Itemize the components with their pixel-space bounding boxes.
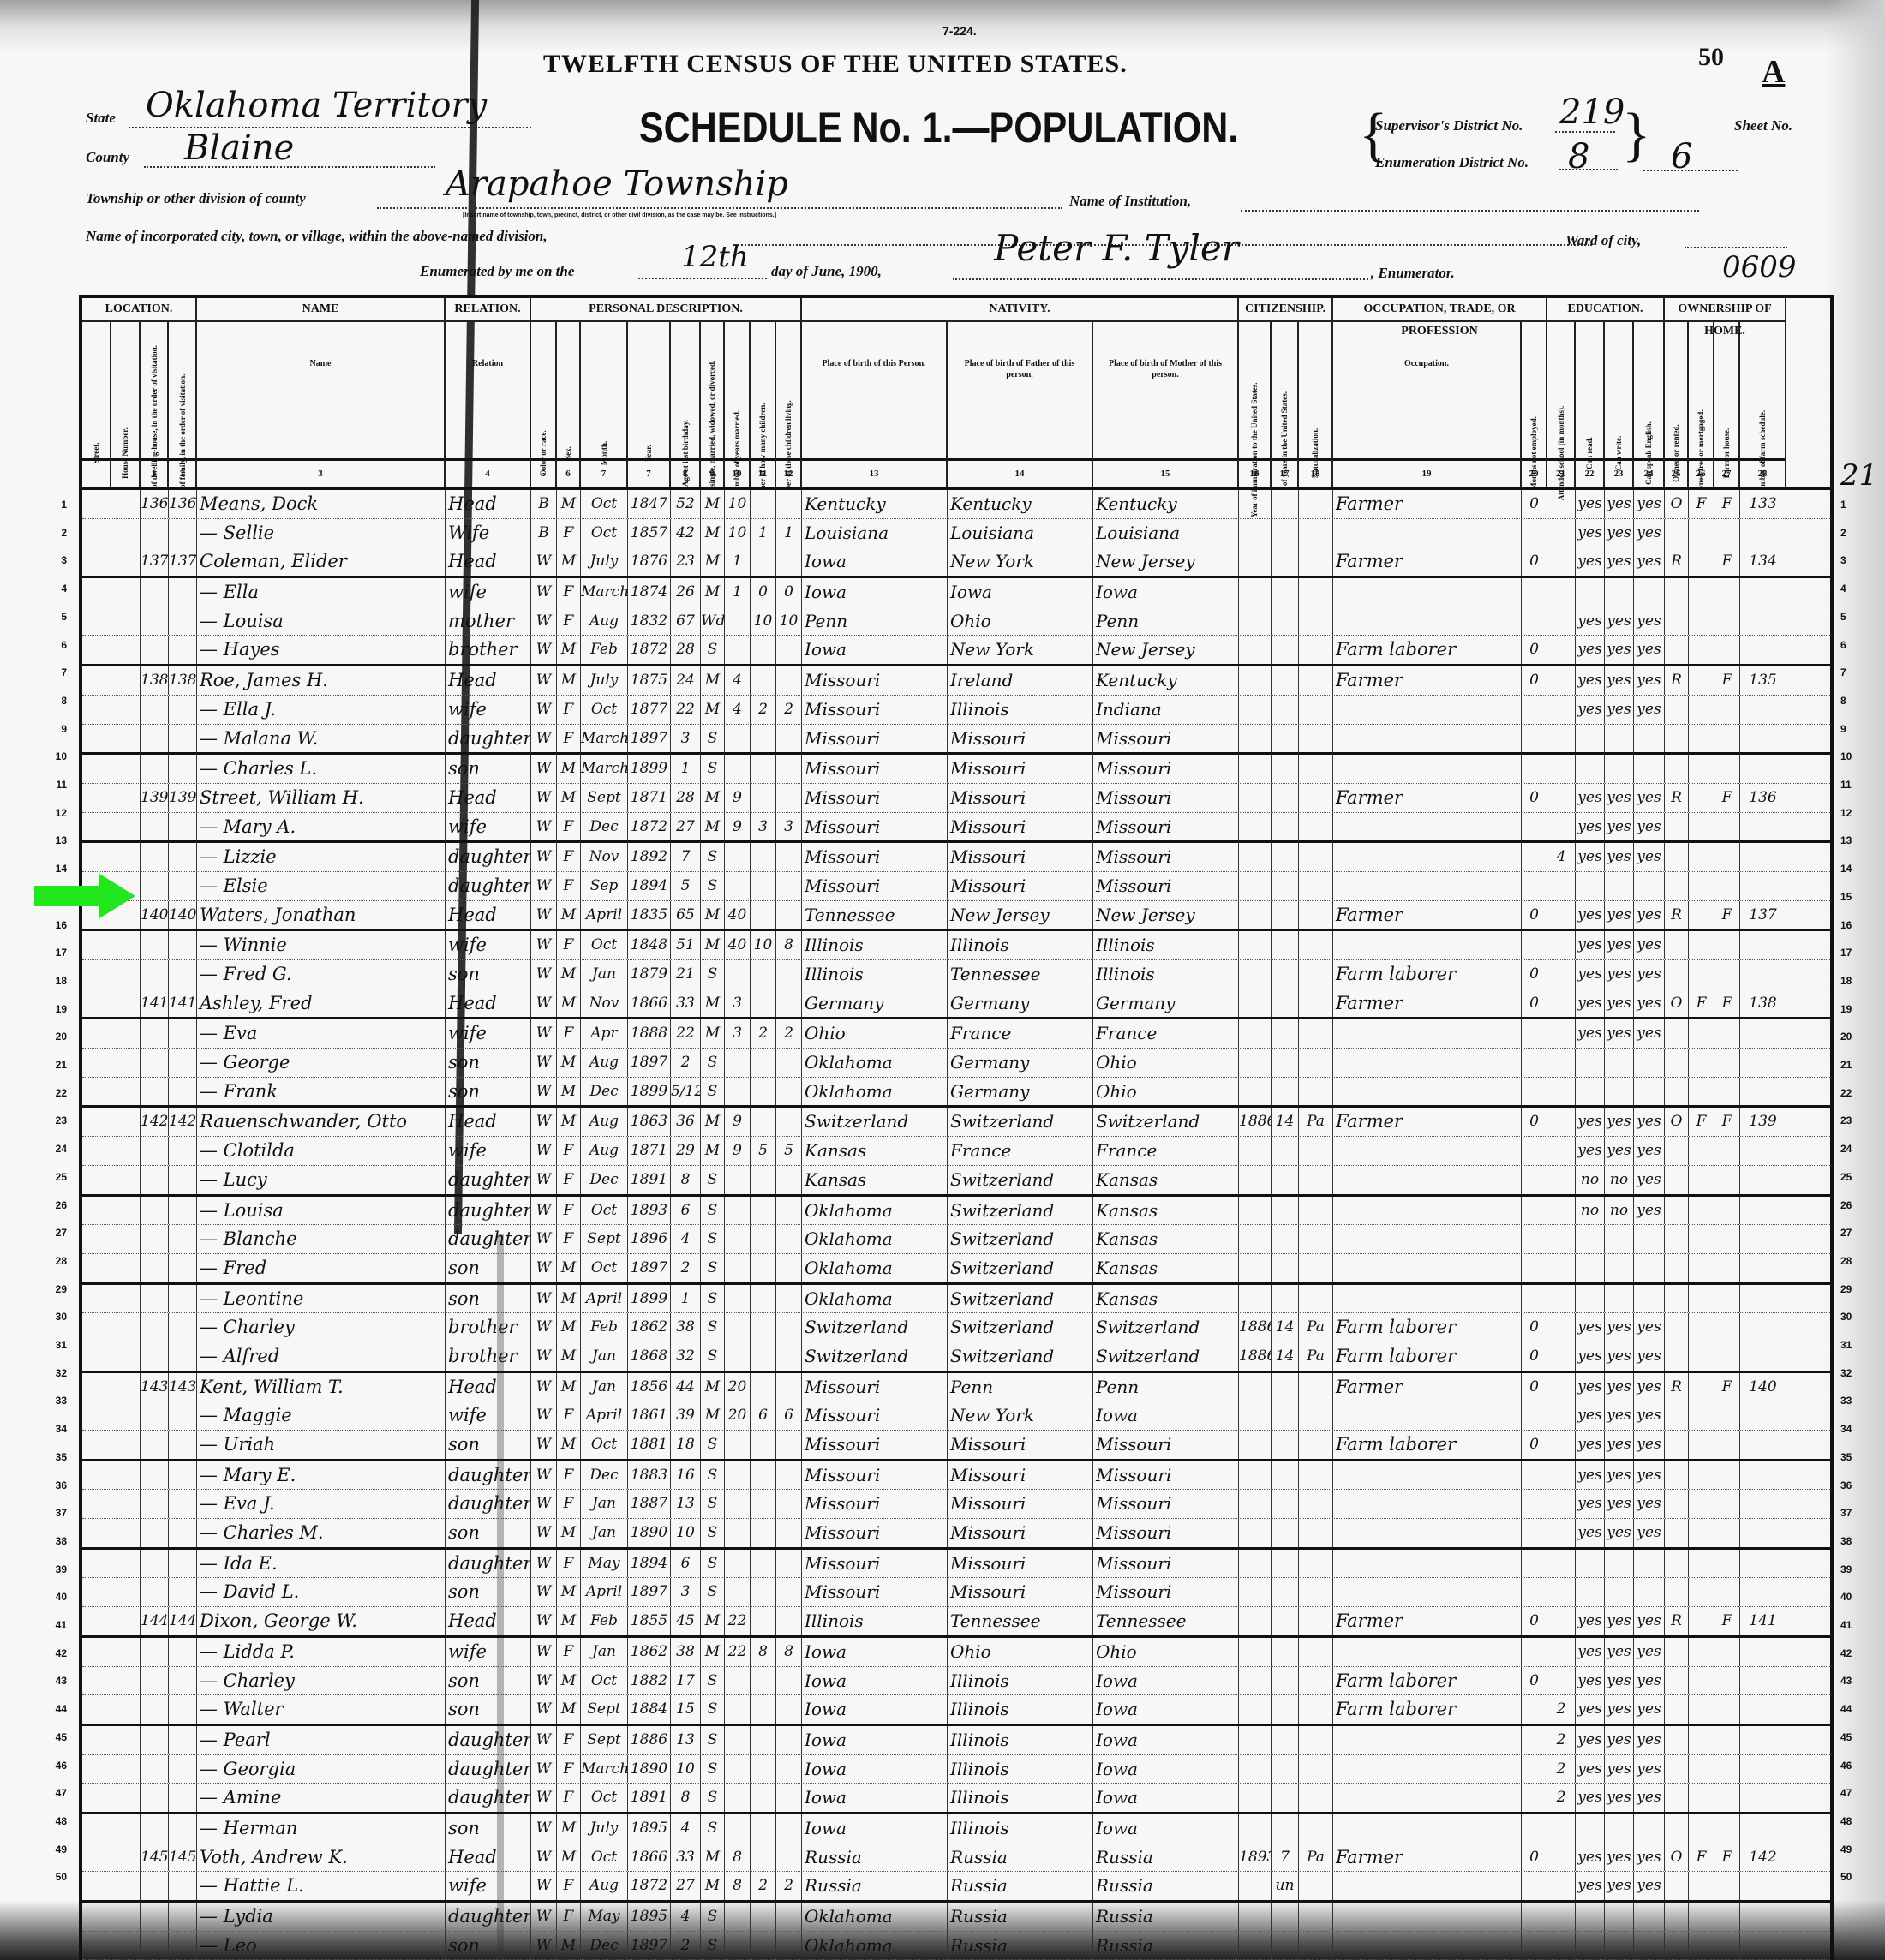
cell-own	[1665, 843, 1689, 871]
cell-ym	[725, 1313, 751, 1342]
cell-name: — Clotilda	[197, 1137, 446, 1165]
cell-rd: yes	[1576, 607, 1605, 636]
cell-empty	[111, 1932, 141, 1960]
cell-en: yes	[1634, 636, 1665, 664]
cell-yr: 1897	[628, 1049, 671, 1077]
cell-yus: 7	[1272, 1843, 1299, 1872]
cell-sex: F	[557, 607, 581, 636]
cell-rel: son	[446, 1254, 531, 1282]
cell-yr: 1893	[628, 1197, 671, 1225]
cell-fam	[169, 1313, 197, 1342]
cell-nat	[1299, 1550, 1333, 1578]
column-number: 24	[1634, 458, 1663, 487]
cell-yr: 1872	[628, 813, 671, 841]
table-row: — HermansonWMJuly18954SIowaIllinoisIowa	[82, 1814, 1830, 1843]
cell-rel: daughter	[446, 1784, 531, 1812]
cell-yr: 1866	[628, 1843, 671, 1872]
cell-empty	[82, 519, 111, 547]
cell-pb: Louisiana	[802, 519, 948, 547]
cell-mon: Oct	[581, 1784, 628, 1812]
cell-fs	[1740, 696, 1786, 724]
cell-own	[1665, 1049, 1689, 1077]
cell-rel: son	[446, 1431, 531, 1459]
cell-yr: 1877	[628, 696, 671, 724]
cell-rel: wife	[446, 1638, 531, 1666]
cell-cl	[776, 490, 802, 518]
cell-name: Ashley, Fred	[197, 989, 446, 1018]
cell-own	[1665, 1784, 1689, 1812]
column-label: Place of birth of Mother of this person.	[1097, 358, 1234, 380]
cell-rel: son	[446, 1932, 531, 1960]
cell-sch	[1547, 1667, 1576, 1695]
row-number: 17	[41, 947, 67, 959]
column-number: 2	[169, 458, 195, 487]
cell-fb: Kentucky	[948, 490, 1093, 518]
cell-en: yes	[1634, 843, 1665, 871]
cell-name: — Fred	[197, 1254, 446, 1282]
cell-fam	[169, 1695, 197, 1724]
cell-yus	[1272, 1695, 1299, 1724]
column-header-20: Months not employed.20	[1522, 298, 1547, 487]
row-number: 9	[1840, 723, 1866, 735]
cell-fb: Missouri	[948, 872, 1093, 900]
cell-mb: Missouri	[1093, 1461, 1239, 1490]
cell-sex: M	[557, 784, 581, 812]
cell-mort	[1689, 1695, 1714, 1724]
cell-en: yes	[1634, 1342, 1665, 1371]
cell-imm	[1239, 1490, 1272, 1518]
row-number: 25	[41, 1171, 67, 1183]
cell-fh	[1714, 1519, 1740, 1547]
cell-fb: Ohio	[948, 1638, 1093, 1666]
cell-ms: S	[701, 755, 725, 783]
cell-fam	[169, 1225, 197, 1253]
column-header-3: NAMEName3	[197, 298, 446, 487]
cell-cl	[776, 1166, 802, 1194]
cell-name: — Elsie	[197, 872, 446, 900]
cell-imm	[1239, 1814, 1272, 1843]
cell-name: Street, William H.	[197, 784, 446, 812]
cell-mc	[751, 1755, 776, 1784]
cell-own	[1665, 1667, 1689, 1695]
row-number: 42	[41, 1647, 67, 1659]
cell-mb: Iowa	[1093, 1667, 1239, 1695]
cell-mb: Kansas	[1093, 1197, 1239, 1225]
cell-sch	[1547, 607, 1576, 636]
cell-nat	[1299, 931, 1333, 959]
row-number: 26	[1840, 1199, 1866, 1211]
cell-name: — Winnie	[197, 931, 446, 959]
row-number: 37	[41, 1507, 67, 1519]
cell-pb: Missouri	[802, 872, 948, 900]
cell-name: — Hattie L.	[197, 1872, 446, 1900]
cell-cl	[776, 1550, 802, 1578]
cell-empty	[111, 931, 141, 959]
column-header-8: Age at last birthday.8	[671, 298, 701, 487]
cell-rel: daughter	[446, 1550, 531, 1578]
cell-yus	[1272, 696, 1299, 724]
column-label: Place of birth of Father of this person.	[951, 358, 1088, 380]
row-number: 15	[1840, 891, 1866, 903]
cell-fh: F	[1714, 1373, 1740, 1401]
cell-wr: yes	[1605, 931, 1634, 959]
cell-ms: M	[701, 1373, 725, 1401]
table-row: — BlanchedaughterWFSept18964SOklahomaSwi…	[82, 1225, 1830, 1254]
column-number	[82, 458, 110, 487]
cell-mon: Feb	[581, 636, 628, 664]
cell-mc	[751, 666, 776, 695]
cell-name: Waters, Jonathan	[197, 901, 446, 929]
cell-sch	[1547, 1607, 1576, 1635]
row-number: 27	[41, 1227, 67, 1239]
cell-age: 13	[671, 1490, 701, 1518]
cell-fb: Switzerland	[948, 1342, 1093, 1371]
cell-ym: 8	[725, 1843, 751, 1872]
cell-name: — Maggie	[197, 1401, 446, 1430]
cell-empty	[111, 813, 141, 841]
cell-fs	[1740, 1254, 1786, 1282]
cell-rd	[1576, 1254, 1605, 1282]
cell-fs	[1740, 1461, 1786, 1490]
cell-dw	[141, 1784, 169, 1812]
township-label: Township or other division of county	[86, 190, 306, 207]
cell-pb: Oklahoma	[802, 1225, 948, 1253]
cell-dw	[141, 1550, 169, 1578]
cell-mne: 0	[1522, 989, 1547, 1018]
cell-occ: Farm laborer	[1333, 1313, 1522, 1342]
cell-pb: Missouri	[802, 1373, 948, 1401]
cell-mb: Kansas	[1093, 1225, 1239, 1253]
cell-imm	[1239, 1755, 1272, 1784]
cell-fam	[169, 1166, 197, 1194]
cell-ms: S	[701, 1519, 725, 1547]
row-number: 9	[41, 723, 67, 735]
cell-mc: 10	[751, 607, 776, 636]
table-row: — LeosonWMDec18972SOklahomaRussiaRussia	[82, 1932, 1830, 1960]
cell-fs: 139	[1740, 1108, 1786, 1136]
cell-wr: no	[1605, 1166, 1634, 1194]
cell-cl	[776, 960, 802, 989]
cell-rel: daughter	[446, 1225, 531, 1253]
row-number: 41	[41, 1619, 67, 1631]
cell-mc: 10	[751, 931, 776, 959]
column-header-18: Naturalization.18	[1299, 298, 1333, 487]
cell-fam	[169, 1638, 197, 1666]
cell-rd: yes	[1576, 989, 1605, 1018]
cell-mort	[1689, 725, 1714, 753]
cell-fs	[1740, 1019, 1786, 1048]
cell-rel: daughter	[446, 1166, 531, 1194]
cell-fam	[169, 931, 197, 959]
cell-age: 29	[671, 1137, 701, 1165]
cell-fs	[1740, 725, 1786, 753]
cell-ym	[725, 1695, 751, 1724]
cell-mne	[1522, 1726, 1547, 1754]
cell-pb: Missouri	[802, 1550, 948, 1578]
cell-age: 10	[671, 1755, 701, 1784]
cell-mort	[1689, 1401, 1714, 1430]
column-group-personal: PERSONAL DESCRIPTION.	[531, 298, 800, 322]
table-row: — WaltersonWMSept188415SIowaIllinoisIowa…	[82, 1695, 1830, 1726]
column-header-6: Sex.6	[557, 298, 581, 487]
row-number: 23	[1840, 1114, 1866, 1126]
cell-race: B	[531, 519, 557, 547]
cell-rd: yes	[1576, 666, 1605, 695]
cell-dw	[141, 1490, 169, 1518]
cell-rel: son	[446, 1667, 531, 1695]
cell-fh	[1714, 1166, 1740, 1194]
row-number: 10	[41, 750, 67, 762]
cell-rel: son	[446, 960, 531, 989]
cell-en: yes	[1634, 1784, 1665, 1812]
cell-empty	[82, 1313, 111, 1342]
row-number: 22	[1840, 1087, 1866, 1099]
cell-mb: France	[1093, 1019, 1239, 1048]
column-header-loc0: LOCATION.Street.	[82, 298, 111, 487]
cell-pb: Russia	[802, 1843, 948, 1872]
cell-ym	[725, 636, 751, 664]
cell-sch	[1547, 1401, 1576, 1430]
cell-occ	[1333, 1285, 1522, 1313]
cell-rd: yes	[1576, 843, 1605, 871]
cell-fs	[1740, 1726, 1786, 1754]
cell-name: — Hayes	[197, 636, 446, 664]
cell-cl	[776, 1519, 802, 1547]
cell-fam	[169, 1461, 197, 1490]
cell-mb: Missouri	[1093, 725, 1239, 753]
cell-mc	[751, 1225, 776, 1253]
cell-wr	[1605, 725, 1634, 753]
cell-age: 13	[671, 1726, 701, 1754]
cell-yus	[1272, 636, 1299, 664]
cell-mon: Oct	[581, 1197, 628, 1225]
cell-sex: M	[557, 1254, 581, 1282]
cell-mb: Louisiana	[1093, 519, 1239, 547]
cell-pb: Oklahoma	[802, 1078, 948, 1106]
cell-empty	[111, 1431, 141, 1459]
table-row: — David L.sonWMApril18973SMissouriMissou…	[82, 1578, 1830, 1607]
cell-rd	[1576, 1225, 1605, 1253]
cell-race: W	[531, 1166, 557, 1194]
cell-fb: Tennessee	[948, 1607, 1093, 1635]
enumerator-line	[953, 278, 1368, 280]
cell-ms: S	[701, 1225, 725, 1253]
row-number: 11	[1840, 779, 1866, 791]
cell-yus: un	[1272, 1872, 1299, 1900]
cell-imm	[1239, 843, 1272, 871]
cell-mon: Oct	[581, 696, 628, 724]
cell-fam	[169, 578, 197, 607]
cell-dw	[141, 813, 169, 841]
cell-yr: 1872	[628, 636, 671, 664]
cell-name: — Ella	[197, 578, 446, 607]
row-number: 13	[1840, 834, 1866, 846]
cell-ms: S	[701, 1049, 725, 1077]
cell-empty	[111, 1049, 141, 1077]
cell-empty	[82, 1814, 111, 1843]
cell-wr: yes	[1605, 1313, 1634, 1342]
cell-ym	[725, 1814, 751, 1843]
cell-own	[1665, 813, 1689, 841]
cell-sch	[1547, 813, 1576, 841]
cell-race: W	[531, 1667, 557, 1695]
cell-fam	[169, 1019, 197, 1048]
table-row: — GeorgesonWMAug18972SOklahomaGermanyOhi…	[82, 1049, 1830, 1078]
cell-fam	[169, 725, 197, 753]
column-header-5: PERSONAL DESCRIPTION.Color or race.5	[531, 298, 557, 487]
row-number: 35	[41, 1451, 67, 1463]
form-number: 7-224.	[942, 24, 977, 38]
table-row: — Lidda P.wifeWFJan186238M2288IowaOhioOh…	[82, 1638, 1830, 1667]
column-number: 14	[948, 458, 1092, 487]
cell-rel: Wife	[446, 519, 531, 547]
cell-pb: Missouri	[802, 784, 948, 812]
cell-fam	[169, 1254, 197, 1282]
row-number: 16	[41, 919, 67, 931]
cell-mon: Oct	[581, 931, 628, 959]
cell-en: yes	[1634, 1519, 1665, 1547]
cell-fs	[1740, 1814, 1786, 1843]
cell-fs	[1740, 1578, 1786, 1606]
cell-empty	[111, 784, 141, 812]
cell-mb: Missouri	[1093, 784, 1239, 812]
cell-race: W	[531, 1726, 557, 1754]
row-number: 8	[41, 695, 67, 707]
cell-own: O	[1665, 1108, 1689, 1136]
cell-rel: daughter	[446, 1726, 531, 1754]
cell-yus	[1272, 607, 1299, 636]
cell-ym: 3	[725, 1019, 751, 1048]
cell-own	[1665, 872, 1689, 900]
cell-mon: March	[581, 578, 628, 607]
cell-wr: yes	[1605, 1342, 1634, 1371]
cell-mort	[1689, 872, 1714, 900]
cell-pb: Missouri	[802, 725, 948, 753]
cell-age: 36	[671, 1108, 701, 1136]
cell-mort	[1689, 1903, 1714, 1931]
cell-occ: Farmer	[1333, 784, 1522, 812]
cell-rd: yes	[1576, 1313, 1605, 1342]
cell-fam	[169, 1519, 197, 1547]
cell-mort	[1689, 1519, 1714, 1547]
cell-fb: Russia	[948, 1872, 1093, 1900]
cell-dw	[141, 1755, 169, 1784]
cell-yus	[1272, 1490, 1299, 1518]
cell-imm	[1239, 1726, 1272, 1754]
column-label: Place of birth of this Person.	[805, 358, 942, 369]
cell-imm	[1239, 1550, 1272, 1578]
cell-race: W	[531, 872, 557, 900]
cell-age: 2	[671, 1049, 701, 1077]
cell-mc	[751, 1695, 776, 1724]
cell-own	[1665, 1401, 1689, 1430]
row-number: 44	[41, 1703, 67, 1715]
cell-mc	[751, 490, 776, 518]
cell-mb: Switzerland	[1093, 1342, 1239, 1371]
cell-race: W	[531, 1313, 557, 1342]
cell-pb: Oklahoma	[802, 1903, 948, 1931]
cell-occ	[1333, 1932, 1522, 1960]
cell-mort	[1689, 636, 1714, 664]
cell-cl	[776, 1784, 802, 1812]
cell-sex: M	[557, 636, 581, 664]
cell-fam	[169, 1755, 197, 1784]
cell-mon: Dec	[581, 1932, 628, 1960]
cell-mc	[751, 1049, 776, 1077]
cell-wr: yes	[1605, 1490, 1634, 1518]
cell-fh	[1714, 725, 1740, 753]
column-header-1: Number of dwelling-house, in the order o…	[141, 298, 169, 487]
cell-nat	[1299, 607, 1333, 636]
cell-fam: 138	[169, 666, 197, 695]
cell-fb: Tennessee	[948, 960, 1093, 989]
cell-rd: yes	[1576, 1755, 1605, 1784]
cell-ms: S	[701, 1667, 725, 1695]
cell-cl: 2	[776, 1872, 802, 1900]
table-row: — Fred G.sonWMJan187921SIllinoisTennesse…	[82, 960, 1830, 989]
table-row: — CharleybrotherWMFeb186238SSwitzerlandS…	[82, 1313, 1830, 1342]
cell-empty	[82, 784, 111, 812]
cell-empty	[82, 666, 111, 695]
cell-pb: Iowa	[802, 1755, 948, 1784]
supervisor-value: 219	[1559, 93, 1625, 132]
cell-fb: Ireland	[948, 666, 1093, 695]
brace-right: }	[1622, 101, 1651, 170]
cell-age: 4	[671, 1903, 701, 1931]
cell-imm	[1239, 784, 1272, 812]
row-number: 31	[1840, 1339, 1866, 1351]
cell-sex: F	[557, 1872, 581, 1900]
column-header-16: CITIZENSHIP.Year of immigration to the U…	[1239, 298, 1272, 487]
cell-wr	[1605, 1049, 1634, 1077]
cell-name: — Charley	[197, 1313, 446, 1342]
cell-fh	[1714, 1285, 1740, 1313]
cell-sch	[1547, 1932, 1576, 1960]
cell-race: W	[531, 1342, 557, 1371]
cell-mne	[1522, 725, 1547, 753]
cell-yus	[1272, 960, 1299, 989]
cell-empty	[82, 636, 111, 664]
cell-mort	[1689, 755, 1714, 783]
cell-sex: M	[557, 960, 581, 989]
cell-name: Rauenschwander, Otto	[197, 1108, 446, 1136]
cell-fs: 134	[1740, 547, 1786, 576]
cell-mc	[751, 1550, 776, 1578]
cell-fs	[1740, 1490, 1786, 1518]
cell-name: Roe, James H.	[197, 666, 446, 695]
cell-empty	[111, 1903, 141, 1931]
cell-ym: 9	[725, 1137, 751, 1165]
table-row: — Malana W.daughterWFMarch18973SMissouri…	[82, 725, 1830, 756]
cell-sex: M	[557, 1578, 581, 1606]
census-table: LOCATION.Street.House Number.Number of d…	[79, 295, 1834, 1960]
cell-nat	[1299, 755, 1333, 783]
cell-nat	[1299, 1078, 1333, 1106]
cell-mb: Russia	[1093, 1903, 1239, 1931]
cell-fb: Switzerland	[948, 1166, 1093, 1194]
cell-mne: 0	[1522, 547, 1547, 576]
row-number: 3	[1840, 554, 1866, 566]
cell-name: — Ella J.	[197, 696, 446, 724]
cell-empty	[111, 1078, 141, 1106]
cell-pb: Missouri	[802, 1490, 948, 1518]
row-number: 39	[1840, 1563, 1866, 1575]
cell-wr	[1605, 1285, 1634, 1313]
cell-cl	[776, 1814, 802, 1843]
cell-imm	[1239, 696, 1272, 724]
cell-fs	[1740, 1550, 1786, 1578]
cell-sex: M	[557, 1814, 581, 1843]
